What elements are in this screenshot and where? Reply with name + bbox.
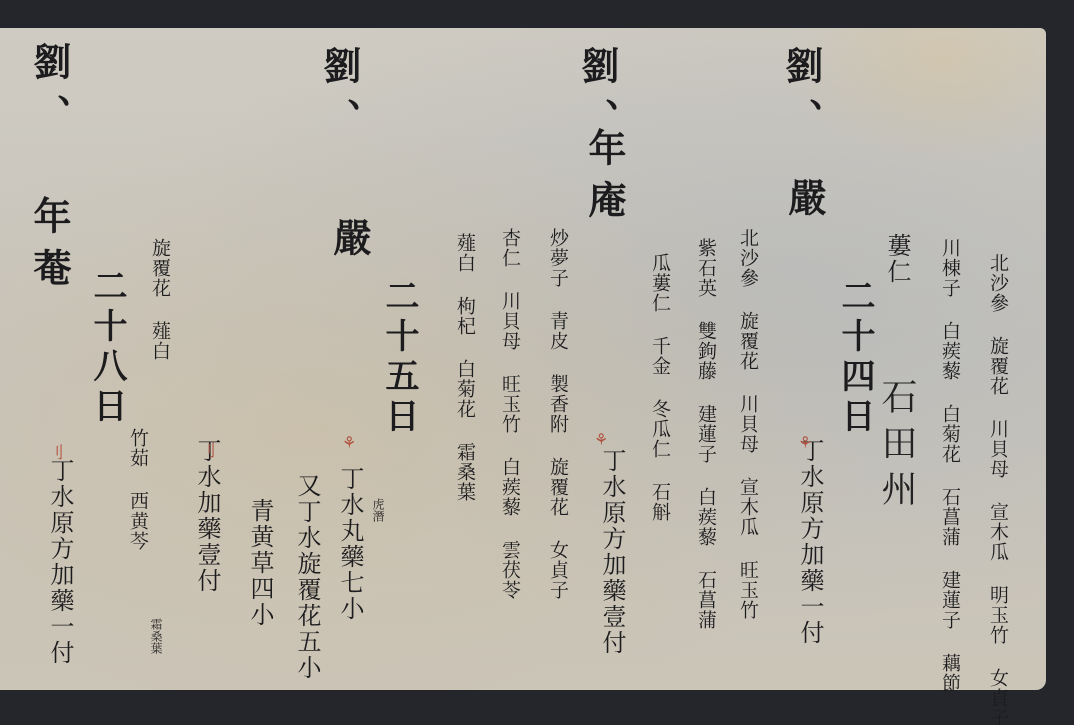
- prescription-list-4b: 紫石英 雙鉤藤 建蓮子 白蒺藜 石菖蒲: [696, 238, 715, 708]
- prescription-list-4c: 瓜蔞仁 千金 冬瓜仁 石斛: [650, 253, 669, 693]
- note-3: 丁水原方加藥壹付: [600, 448, 624, 656]
- prescription-list-3c: 薤白 枸杞 白菊花 霜桑葉: [455, 233, 474, 633]
- heading-nian-an-3: 年庵: [585, 128, 623, 232]
- signature-shi-tian-zhou: 石田州: [878, 378, 914, 516]
- prescription-list-28b: 竹茹 西黄芩: [128, 428, 147, 551]
- annotation-hu-qian: 虎潛: [372, 498, 384, 522]
- patient-mark-yan-4: 嚴: [785, 178, 823, 230]
- red-seal-mark: ⚘: [342, 433, 356, 452]
- date-28: 二十八日: [90, 268, 124, 428]
- red-seal-mark: 刂: [200, 438, 216, 461]
- prescription-list-28c: 霜桑葉: [150, 618, 162, 654]
- date-24: 二十四日: [838, 278, 872, 438]
- note-4: 丁水原方加藥一付: [798, 438, 822, 646]
- heading-liu-2: 劉、: [320, 46, 358, 150]
- prescription-list-4a: 北沙參 旋覆花 川貝母 宣木瓜 旺玉竹: [738, 228, 757, 698]
- prescription-list-5c: 蔞仁: [885, 233, 909, 285]
- heading-liu-4: 劉、: [782, 46, 820, 150]
- prescription-list-3a: 炒夢子 青皮 製香附 旋覆花 女貞子: [548, 228, 567, 698]
- prescription-list-5b: 川棟子 白蒺藜 白菊花 石菖蒲 建蓮子 藕節: [940, 238, 959, 688]
- note-28: 丁水加藥壹付: [195, 438, 219, 594]
- red-seal-mark: ⚘: [594, 430, 608, 449]
- red-seal-mark: ⚘: [798, 433, 812, 452]
- red-seal-mark: 刂: [48, 440, 64, 463]
- prescription-list-5a: 北沙參 旋覆花 川貝母 宣木瓜 明玉竹 女貞子 安石斛: [988, 253, 1007, 693]
- date-25: 二十五日: [382, 278, 416, 438]
- prescription-25c: 青黄草四小: [248, 498, 272, 628]
- prescription-25b: 又丁水旋覆花五小: [295, 473, 319, 681]
- prescription-list-28: 旋覆花 薤白: [150, 238, 169, 538]
- prescription-list-3b: 杏仁 川貝母 旺玉竹 白蒺藜 雲茯苓: [500, 228, 519, 698]
- manuscript-page: 劉、年菴 二十八日 旋覆花 薤白 竹茹 西黄芩 霜桑葉 丁水加藥壹付 丁水原方加…: [0, 28, 1046, 690]
- note-28-final: 丁水原方加藥一付: [48, 458, 72, 666]
- heading-liu-nian-an-1: 劉、年菴: [30, 42, 68, 300]
- patient-mark-yan-2: 嚴: [330, 218, 368, 270]
- prescription-25a: 丁水丸藥七小: [338, 466, 362, 622]
